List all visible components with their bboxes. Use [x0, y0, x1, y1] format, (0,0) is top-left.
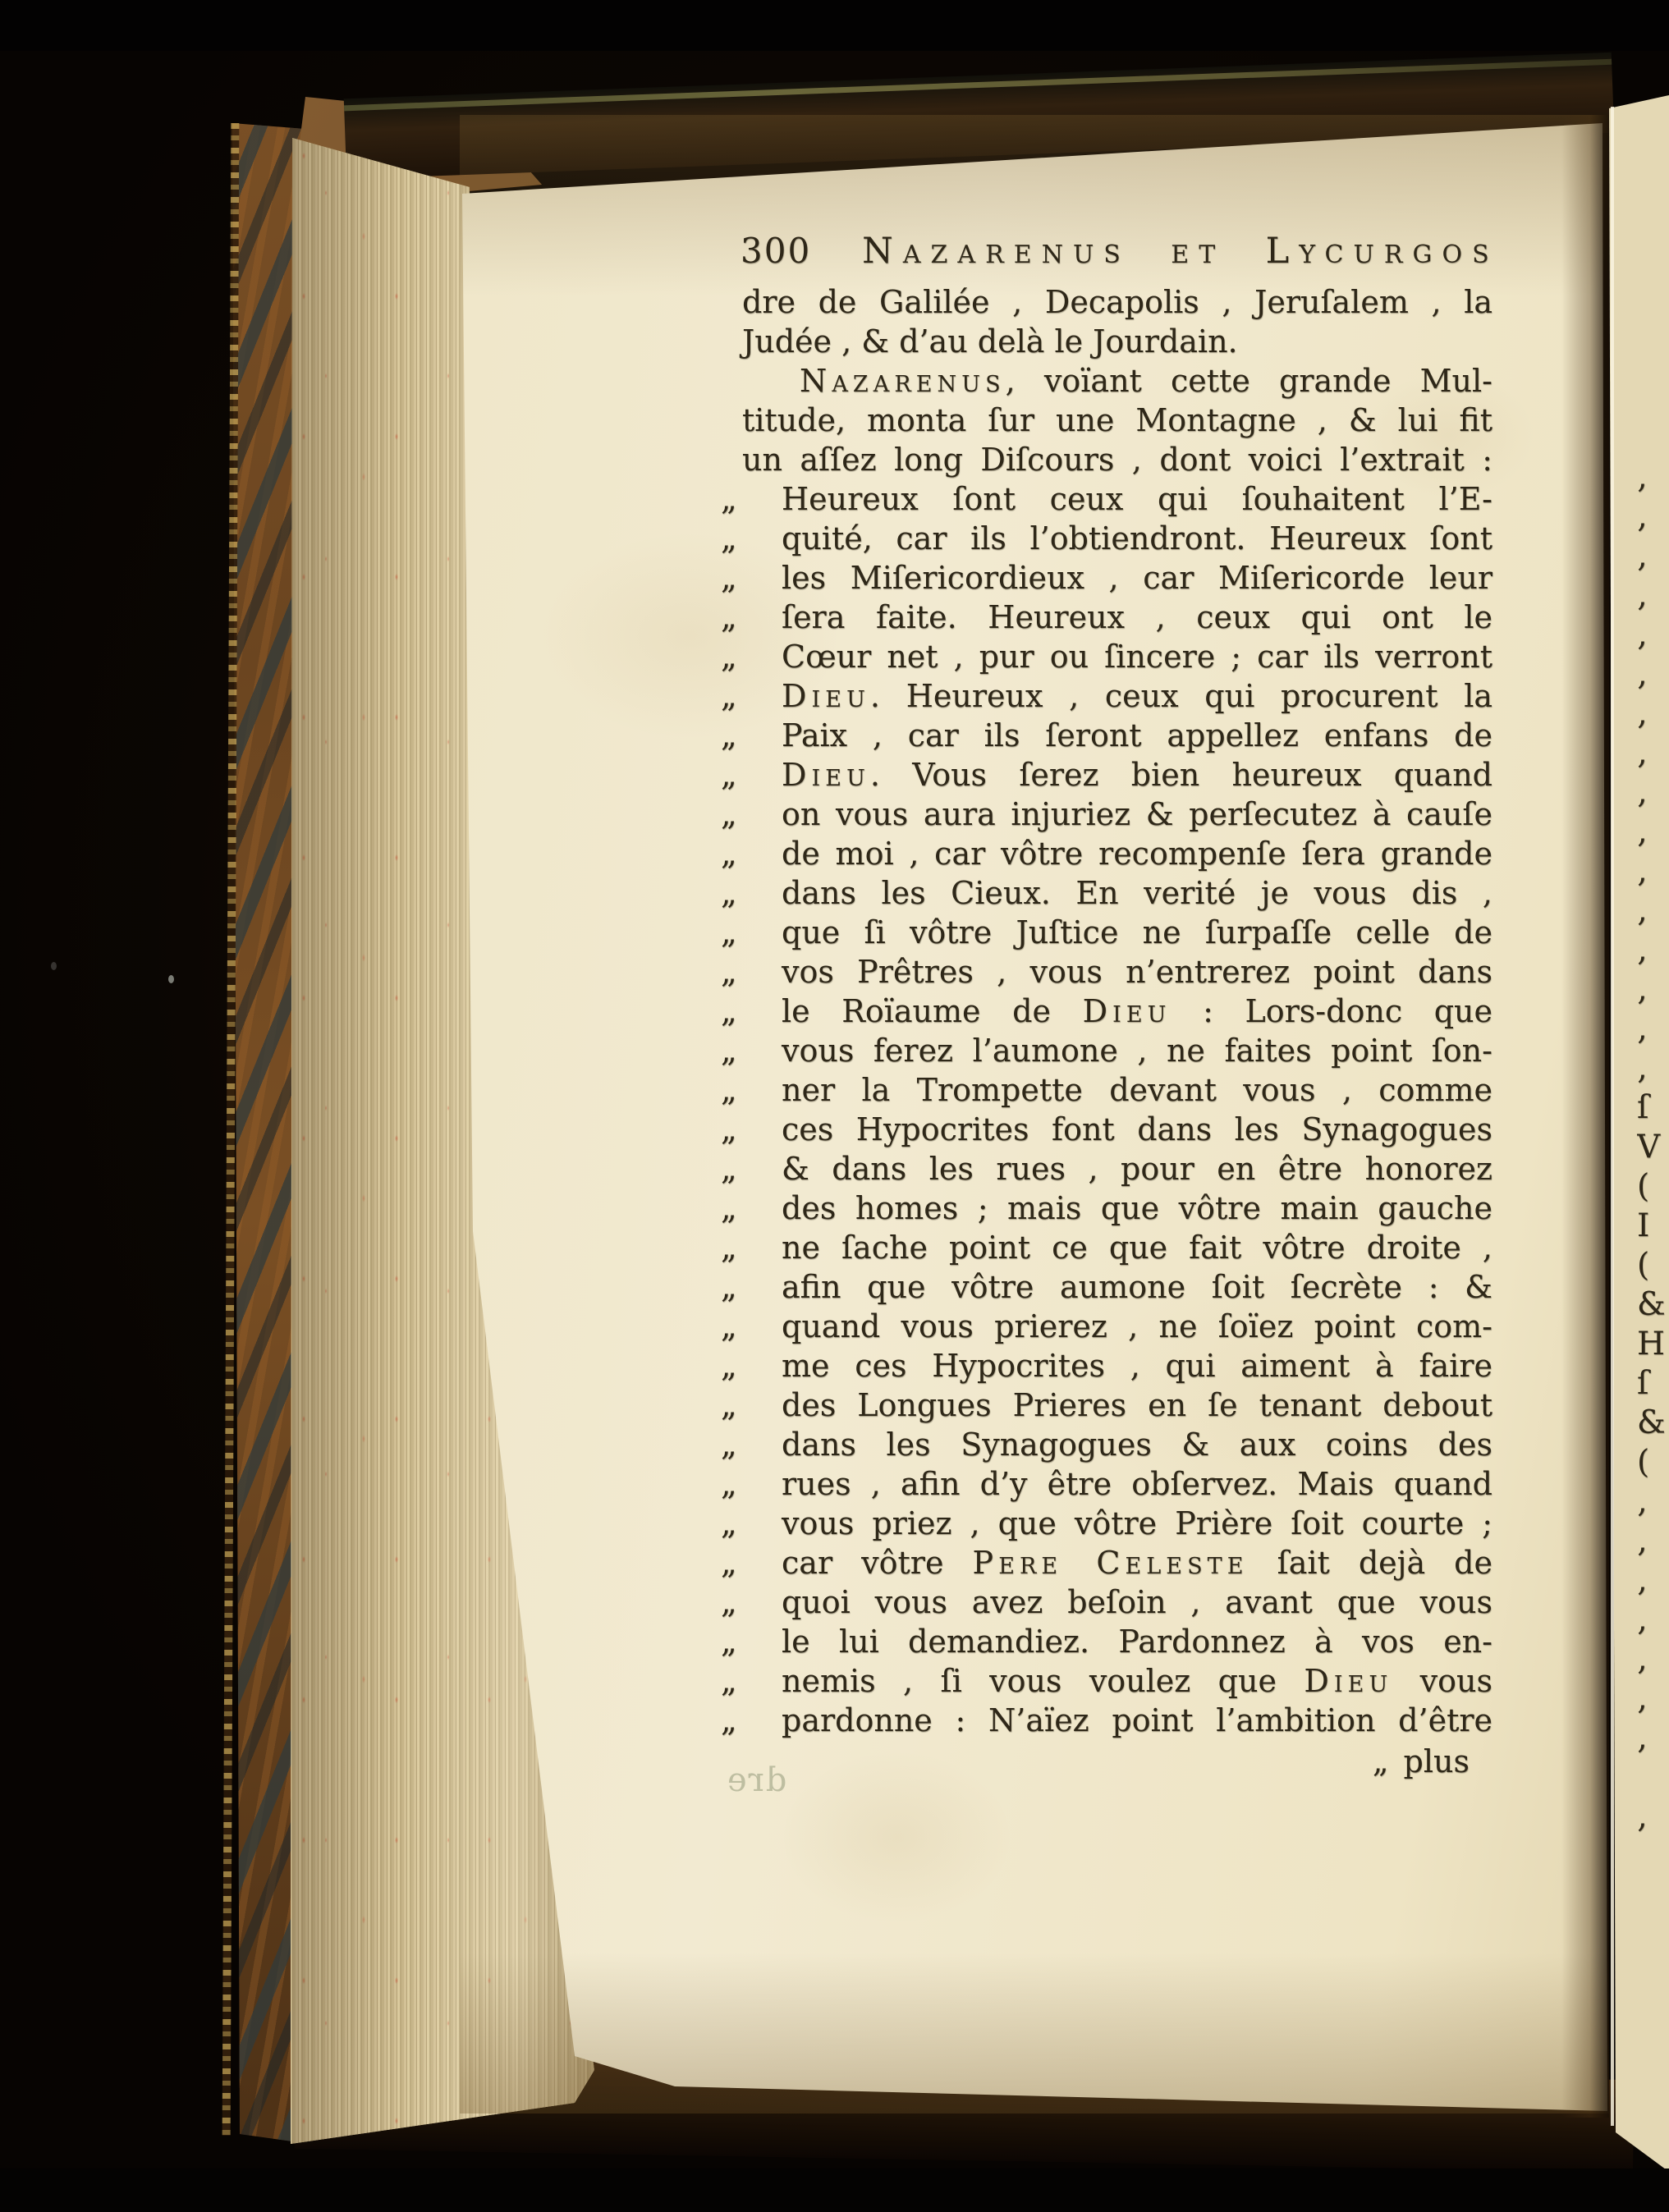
quote-mark: „	[721, 992, 782, 1031]
quote-mark: „	[721, 1188, 782, 1228]
text-line: „quité, car ils l’obtiendront. Heureux ſ…	[721, 519, 1492, 558]
text-line: „quoi vous avez beſoin , avant que vous	[721, 1582, 1492, 1622]
quote-mark: „	[721, 519, 782, 558]
text-line: „le lui demandiez. Pardonnez à vos en-	[721, 1622, 1492, 1661]
edge-fragment-glyph: ‚	[1637, 931, 1669, 970]
text-line: „des Longues Prieres en ſe tenant debout	[721, 1385, 1492, 1425]
gutter-shadow	[1561, 115, 1609, 2118]
edge-fragment-glyph: ſ	[1637, 1088, 1669, 1128]
text-line: „les Miſericordieux , car Miſericorde le…	[721, 558, 1492, 598]
edge-fragment-glyph: ‚	[1637, 852, 1669, 891]
small-caps-word: Nazarenus	[800, 363, 1006, 399]
quote-mark: „	[721, 1425, 782, 1464]
quote-mark: „	[721, 1701, 782, 1740]
scanner-black-strip-bottom	[0, 2168, 1669, 2212]
quote-mark: „	[721, 1464, 782, 1504]
edge-fragment-glyph: ‚	[1637, 576, 1669, 616]
edge-fragment-glyph: I	[1637, 1207, 1669, 1246]
quote-mark: „	[721, 637, 782, 676]
edge-fragment-glyph: ‚	[1637, 1482, 1669, 1522]
edge-fragment-glyph: ‚	[1637, 1010, 1669, 1049]
scanner-black-strip-top	[0, 0, 1669, 51]
text-line: „vos Prêtres , vous n’entrerez point dan…	[721, 952, 1492, 992]
quote-mark: „	[721, 913, 782, 952]
text-line: „me ces Hypocrites , qui aiment à faire	[721, 1346, 1492, 1385]
text-line: dre de Galilée , Decapolis , Jeruſalem ,…	[721, 282, 1492, 322]
edge-fragment-glyph: ‚	[1637, 734, 1669, 773]
quote-mark: „	[721, 952, 782, 992]
quote-mark: „	[721, 1149, 782, 1188]
text-line: „Heureux ſont ceux qui ſouhaitent l’E-	[721, 479, 1492, 519]
edge-fragment-glyph: (	[1637, 1246, 1669, 1285]
text-line: „des homes ; mais que vôtre main gauche	[721, 1188, 1492, 1228]
text-line: „afin que vôtre aumone ſoit ſecrète : &	[721, 1267, 1492, 1307]
edge-fragment-glyph: ‚	[1637, 537, 1669, 576]
text-line: „on vous aura injuriez & perſecutez à ca…	[721, 795, 1492, 834]
text-line: „vous ferez l’aumone , ne faites point ſ…	[721, 1031, 1492, 1070]
text-line: „Dieu. Vous ſerez bien heureux quand	[721, 755, 1492, 795]
text-line: „nemis , ſi vous voulez que Dieu vous	[721, 1661, 1492, 1701]
page-number: 300	[721, 231, 811, 271]
quote-mark: „	[721, 598, 782, 637]
edge-fragment-glyph: H	[1637, 1325, 1669, 1364]
edge-fragment-glyph: ‚	[1637, 616, 1669, 655]
quote-mark: „	[721, 716, 782, 755]
quote-mark: „	[721, 558, 782, 598]
quote-mark: „	[721, 1385, 782, 1425]
small-caps-word: Dieu	[1083, 993, 1172, 1029]
text-line: „dans les Synagogues & aux coins des	[721, 1425, 1492, 1464]
quote-mark: „	[721, 873, 782, 913]
edge-fragment-glyph: ſ	[1637, 1364, 1669, 1404]
edge-fragment-glyph: ‚	[1637, 1561, 1669, 1601]
quote-mark: „	[721, 1346, 782, 1385]
edge-fragment-glyph: &	[1637, 1285, 1669, 1325]
quote-mark: „	[721, 1504, 782, 1543]
dust-speck	[168, 975, 174, 983]
text-line: „Dieu. Heureux , ceux qui procurent la	[721, 676, 1492, 716]
edge-fragment-glyph: ‚	[1637, 1719, 1669, 1758]
photo-of-open-book: { "photo": { "description_colors": { "ba…	[0, 0, 1669, 2212]
text-line: „Cœur net , pur ou ſincere ; car ils ver…	[721, 637, 1492, 676]
printed-text-block: 300 Nazarenus et Lycurgos dre de Galilée…	[721, 231, 1492, 1781]
quote-mark: „	[721, 479, 782, 519]
edge-fragment-glyph: ‚	[1637, 1049, 1669, 1088]
text-line: „car vôtre Pere Celeste ſait dejà de	[721, 1543, 1492, 1582]
text-line: „rues , afin d’y être obſervez. Mais qua…	[721, 1464, 1492, 1504]
edge-fragment-glyph: (	[1637, 1167, 1669, 1207]
text-line: „dans les Cieux. En verité je vous dis ,	[721, 873, 1492, 913]
edge-fragment-glyph: ‚	[1637, 1679, 1669, 1719]
quote-mark: „	[721, 755, 782, 795]
edge-fragment-glyph: ‚	[1637, 1798, 1669, 1837]
quote-mark: „	[721, 1582, 782, 1622]
quote-mark: „	[721, 1070, 782, 1110]
edge-fragment-glyph: ‚	[1637, 655, 1669, 694]
text-line: „que ſi vôtre Juſtice ne ſurpaſſe celle …	[721, 913, 1492, 952]
text-line: „ner la Trompette devant vous , comme	[721, 1070, 1492, 1110]
quote-mark: „	[721, 795, 782, 834]
quote-mark: „	[721, 1110, 782, 1149]
edge-fragment-glyph: ‚	[1637, 891, 1669, 931]
text-line: un aſſez long Diſcours , dont voici l’ex…	[721, 440, 1492, 479]
running-title: Nazarenus et Lycurgos	[862, 231, 1499, 271]
quote-mark: „	[721, 1543, 782, 1582]
text-line: „Paix , car ils ſeront appellez enfans d…	[721, 716, 1492, 755]
edge-fragment-glyph: ‚	[1637, 970, 1669, 1010]
text-line: Nazarenus, voïant cette grande Mul-	[721, 361, 1492, 401]
small-caps-word: Dieu	[782, 678, 870, 714]
edge-fragment-glyph: ‚	[1637, 773, 1669, 813]
quote-mark: „	[721, 1622, 782, 1661]
quote-mark: „	[721, 1031, 782, 1070]
edge-fragment-glyph: V	[1637, 1128, 1669, 1167]
edge-fragment-glyph: (	[1637, 1443, 1669, 1482]
text-line: „ces Hypocrites font dans les Synagogues	[721, 1110, 1492, 1149]
catchword-line: „plus	[721, 1742, 1492, 1781]
small-caps-word: Pere Celeste	[973, 1545, 1249, 1581]
quote-mark: „	[721, 1228, 782, 1267]
edge-fragment-glyph: ‚	[1637, 813, 1669, 852]
text-line: „& dans les rues , pour en être honorez	[721, 1149, 1492, 1188]
edge-fragment-glyph: ‚	[1637, 694, 1669, 734]
edge-fragment-glyph: ‚	[1637, 1640, 1669, 1679]
edge-fragment-glyph: ‚	[1637, 497, 1669, 537]
text-line: „quand vous prierez , ne ſoïez point com…	[721, 1307, 1492, 1346]
quote-mark: „	[721, 1267, 782, 1307]
edge-fragment-glyph: ‚	[1637, 458, 1669, 497]
catchword-quote-mark: „	[1373, 1742, 1389, 1781]
edge-fragment-glyph: ‚	[1637, 1601, 1669, 1640]
text-line: „ſera faite. Heureux , ceux qui ont le	[721, 598, 1492, 637]
show-through-ghost-text: dre	[726, 1761, 786, 1799]
text-line: „pardonne : N’aïez point l’ambition d’êt…	[721, 1701, 1492, 1740]
text-line: Judée , & d’au delà le Jourdain.	[721, 322, 1492, 361]
small-caps-word: Dieu	[782, 757, 870, 793]
text-line: titude, monta ſur une Montagne , & lui f…	[721, 401, 1492, 440]
edge-fragment-glyph: &	[1637, 1404, 1669, 1443]
quote-mark: „	[721, 1661, 782, 1701]
quote-mark: „	[721, 676, 782, 716]
edge-fragment-glyph: ‚	[1637, 1522, 1669, 1561]
text-line: „le Roïaume de Dieu : Lors-donc que	[721, 992, 1492, 1031]
text-line: „vous priez , que vôtre Prière ſoit cour…	[721, 1504, 1492, 1543]
running-header: 300 Nazarenus et Lycurgos	[721, 231, 1492, 277]
dust-speck	[51, 962, 57, 970]
facing-page-edge-highlight	[1611, 107, 1614, 2126]
small-caps-word: Dieu	[1304, 1663, 1392, 1699]
text-line: „de moi , car vôtre recompenſe ſera gran…	[721, 834, 1492, 873]
quote-mark: „	[721, 834, 782, 873]
quote-mark: „	[721, 1307, 782, 1346]
text-line: „ne ſache point ce que fait vôtre droite…	[721, 1228, 1492, 1267]
catchword: plus	[1404, 1743, 1470, 1779]
body-lines: dre de Galilée , Decapolis , Jeruſalem ,…	[721, 282, 1492, 1740]
